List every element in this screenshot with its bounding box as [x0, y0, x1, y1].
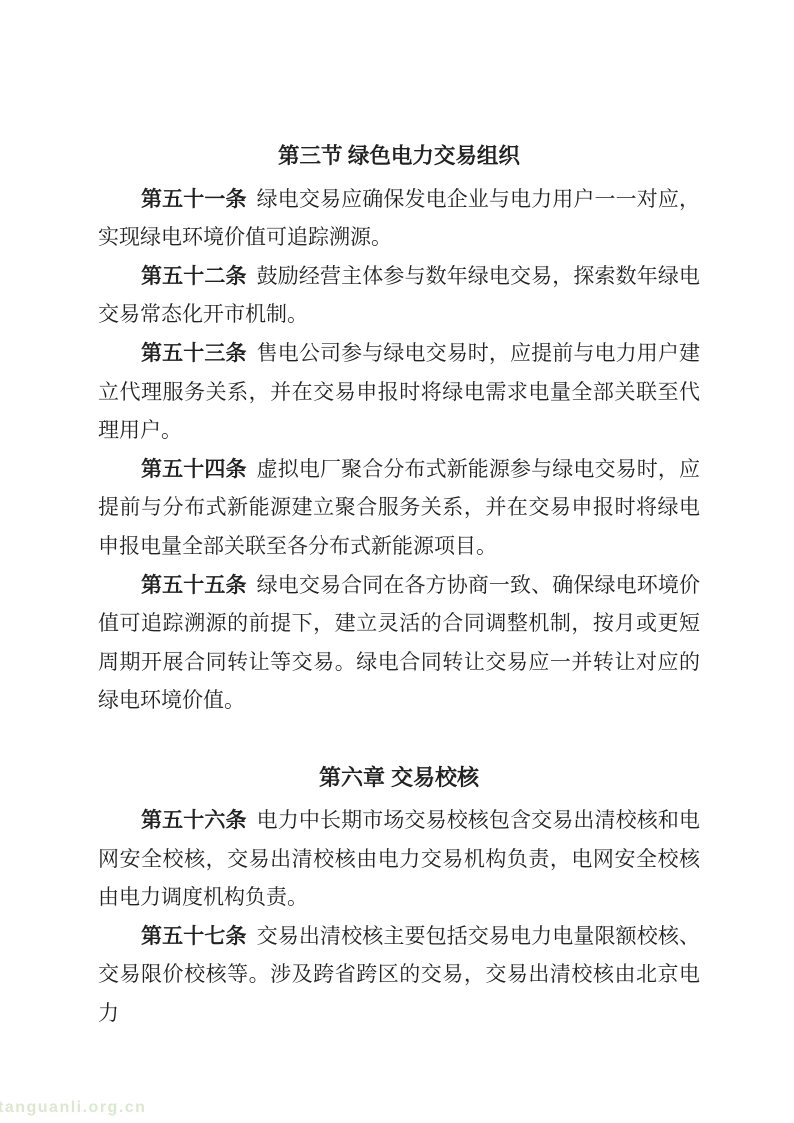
article-number: 第五十七条 — [141, 924, 247, 948]
article-paragraph-55: 第五十五条绿电交易合同在各方协商一致、确保绿电环境价值可追踪溯源的前提下，建立灵… — [98, 566, 700, 720]
article-number: 第五十二条 — [141, 264, 247, 288]
article-paragraph-51: 第五十一条绿电交易应确保发电企业与电力用户一一对应，实现绿电环境价值可追踪溯源。 — [98, 180, 700, 257]
article-paragraph-53: 第五十三条售电公司参与绿电交易时，应提前与电力用户建立代理服务关系，并在交易申报… — [98, 334, 700, 450]
section-heading: 第三节 绿色电力交易组织 — [98, 137, 700, 176]
article-paragraph-56: 第五十六条电力中长期市场交易校核包含交易出清校核和电网安全校核，交易出清校核由电… — [98, 801, 700, 917]
article-number: 第五十六条 — [141, 808, 247, 832]
document-body: 第三节 绿色电力交易组织 第五十一条绿电交易应确保发电企业与电力用户一一对应，实… — [98, 137, 700, 1033]
chapter-heading: 第六章 交易校核 — [98, 759, 700, 798]
watermark: tanguanli.org.cn — [0, 1099, 146, 1117]
article-number: 第五十一条 — [141, 187, 247, 211]
article-number: 第五十五条 — [141, 573, 247, 597]
document-page: 第三节 绿色电力交易组织 第五十一条绿电交易应确保发电企业与电力用户一一对应，实… — [0, 0, 794, 1123]
article-number: 第五十四条 — [141, 457, 247, 481]
article-paragraph-54: 第五十四条虚拟电厂聚合分布式新能源参与绿电交易时，应提前与分布式新能源建立聚合服… — [98, 450, 700, 566]
article-paragraph-57: 第五十七条交易出清校核主要包括交易电力电量限额校核、交易限价校核等。涉及跨省跨区… — [98, 917, 700, 1033]
article-number: 第五十三条 — [141, 341, 247, 365]
article-paragraph-52: 第五十二条鼓励经营主体参与数年绿电交易，探索数年绿电交易常态化开市机制。 — [98, 257, 700, 334]
